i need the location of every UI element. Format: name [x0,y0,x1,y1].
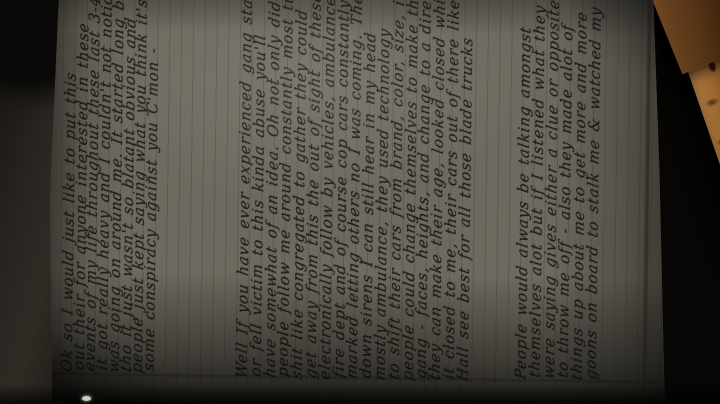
paper-speck [82,396,91,401]
handwriting-paragraph-3: People would always be talking amongst t… [513,0,603,393]
wooden-object-corner [651,0,720,74]
handwriting-rotated-text: Ok so I would just like to put this out … [53,0,672,394]
handwriting-line: Hall see best for all those blade trucks [456,0,475,383]
handwriting-paragraph-2: Well If you have ever experienced gang s… [235,0,475,392]
handwriting-line: goons on board to stalk me & watched my [584,0,603,381]
handwriting-paragraph-1: Ok so I would just like to put this out … [61,0,160,387]
handwritten-page: Ok so I would just like to put this out … [47,0,677,404]
handwriting-line: some conspiracy against you C'mon - [144,0,161,372]
photo-scene: Ok so I would just like to put this out … [0,0,720,404]
